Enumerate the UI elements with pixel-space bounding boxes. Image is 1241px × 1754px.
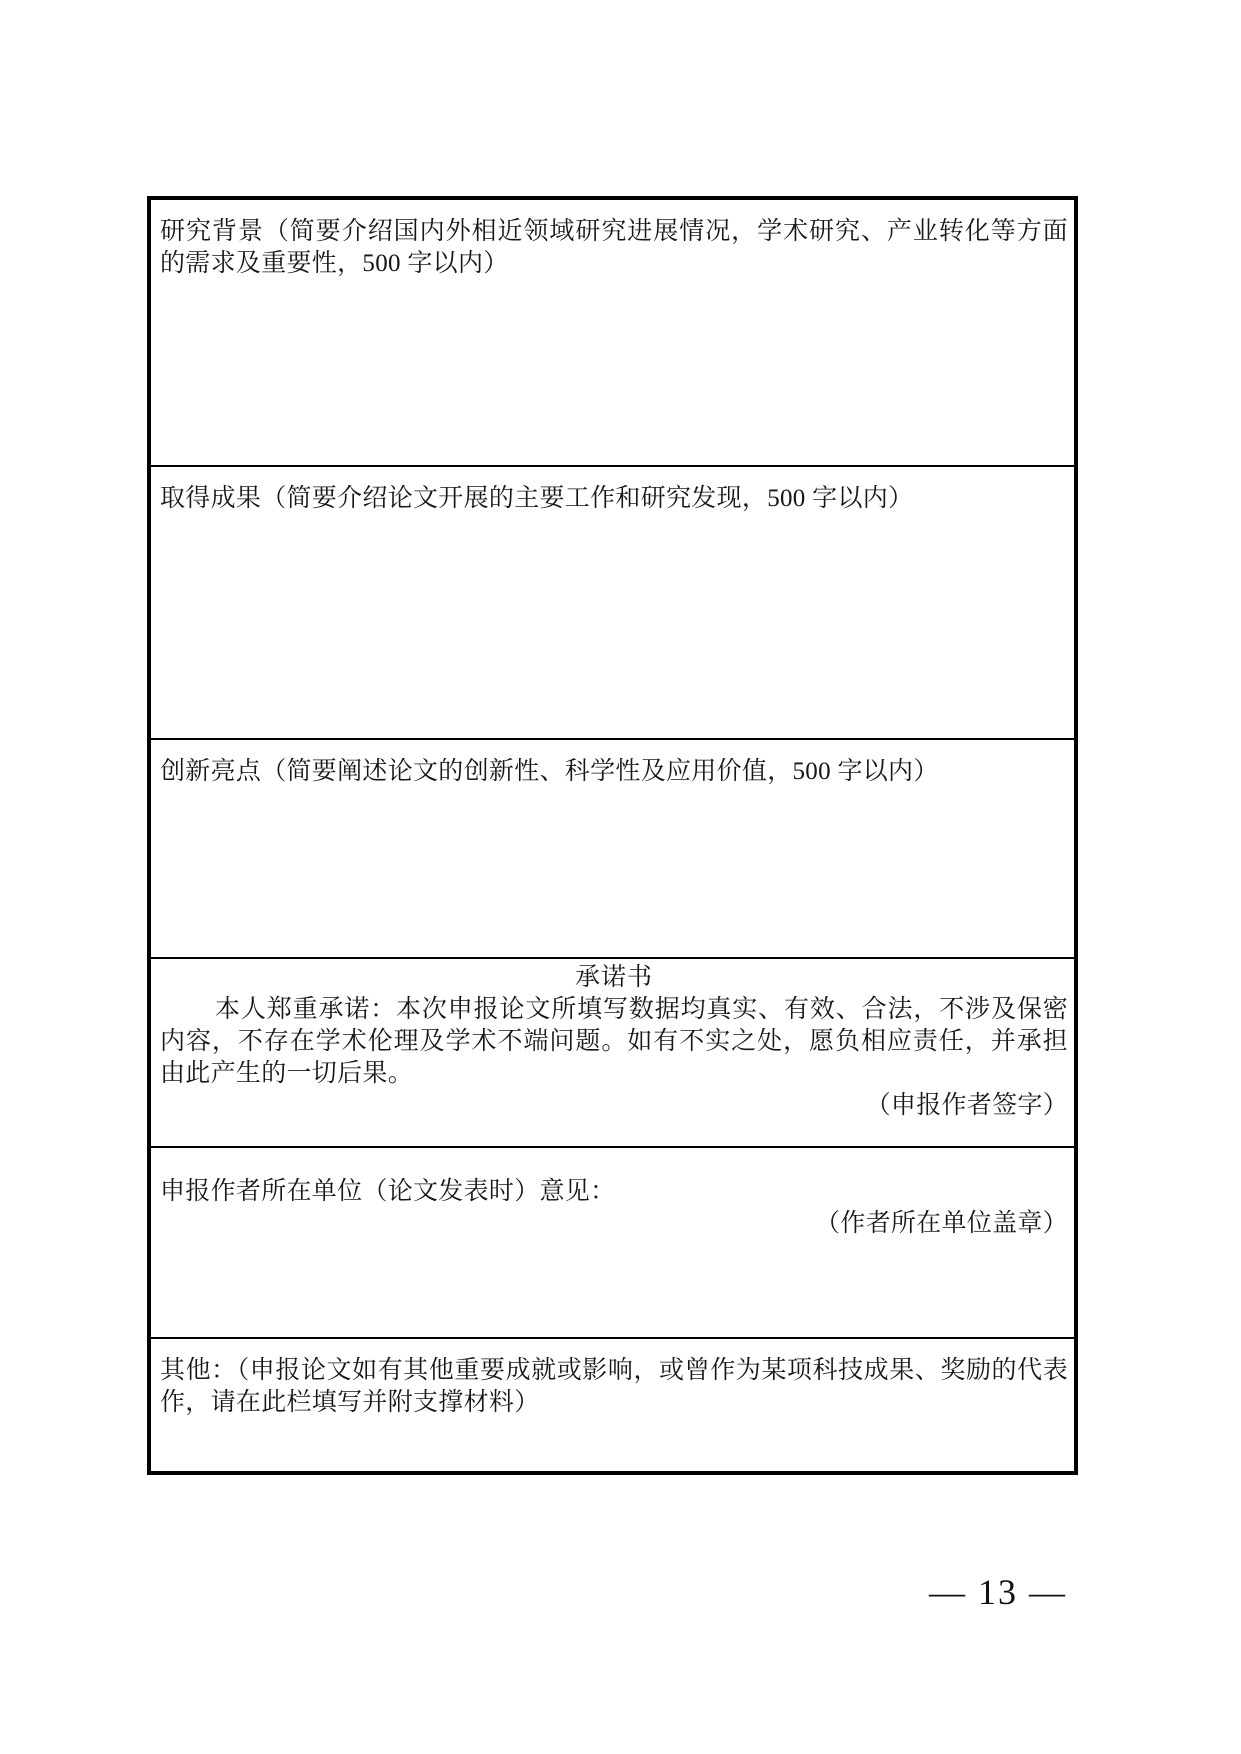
application-form-table: 研究背景（简要介绍国内外相近领域研究进展情况，学术研究、产业转化等方面的需求及重… [147,196,1078,1475]
section-other: 其他：（申报论文如有其他重要成就或影响，或曾作为某项科技成果、奖励的代表作，请在… [151,1339,1074,1471]
applicant-signature-hint: （申报作者签字） [160,1090,1068,1122]
unit-stamp-hint: （作者所在单位盖章） [160,1208,1068,1240]
research-background-label: 研究背景（简要介绍国内外相近领域研究进展情况，学术研究、产业转化等方面的需求及重… [160,216,1068,280]
section-achievements: 取得成果（简要介绍论文开展的主要工作和研究发现，500 字以内） [151,467,1074,740]
unit-opinion-label: 申报作者所在单位（论文发表时）意见： [160,1176,1068,1208]
other-label: 其他：（申报论文如有其他重要成就或影响，或曾作为某项科技成果、奖励的代表作，请在… [160,1355,1068,1419]
section-unit-opinion: 申报作者所在单位（论文发表时）意见： （作者所在单位盖章） [151,1148,1074,1339]
page-number: — 13 — [929,1574,1067,1610]
section-research-background: 研究背景（简要介绍国内外相近领域研究进展情况，学术研究、产业转化等方面的需求及重… [151,200,1074,467]
commitment-body: 本人郑重承诺：本次申报论文所填写数据均真实、有效、合法，不涉及保密内容，不存在学… [160,994,1068,1090]
document-page: 研究背景（简要介绍国内外相近领域研究进展情况，学术研究、产业转化等方面的需求及重… [0,0,1241,1754]
section-innovation-highlights: 创新亮点（简要阐述论文的创新性、科学性及应用价值，500 字以内） [151,740,1074,959]
innovation-highlights-label: 创新亮点（简要阐述论文的创新性、科学性及应用价值，500 字以内） [160,756,1068,788]
commitment-title: 承诺书 [160,962,1068,994]
section-commitment: 承诺书 本人郑重承诺：本次申报论文所填写数据均真实、有效、合法，不涉及保密内容，… [151,959,1074,1148]
achievements-label: 取得成果（简要介绍论文开展的主要工作和研究发现，500 字以内） [160,483,1068,515]
